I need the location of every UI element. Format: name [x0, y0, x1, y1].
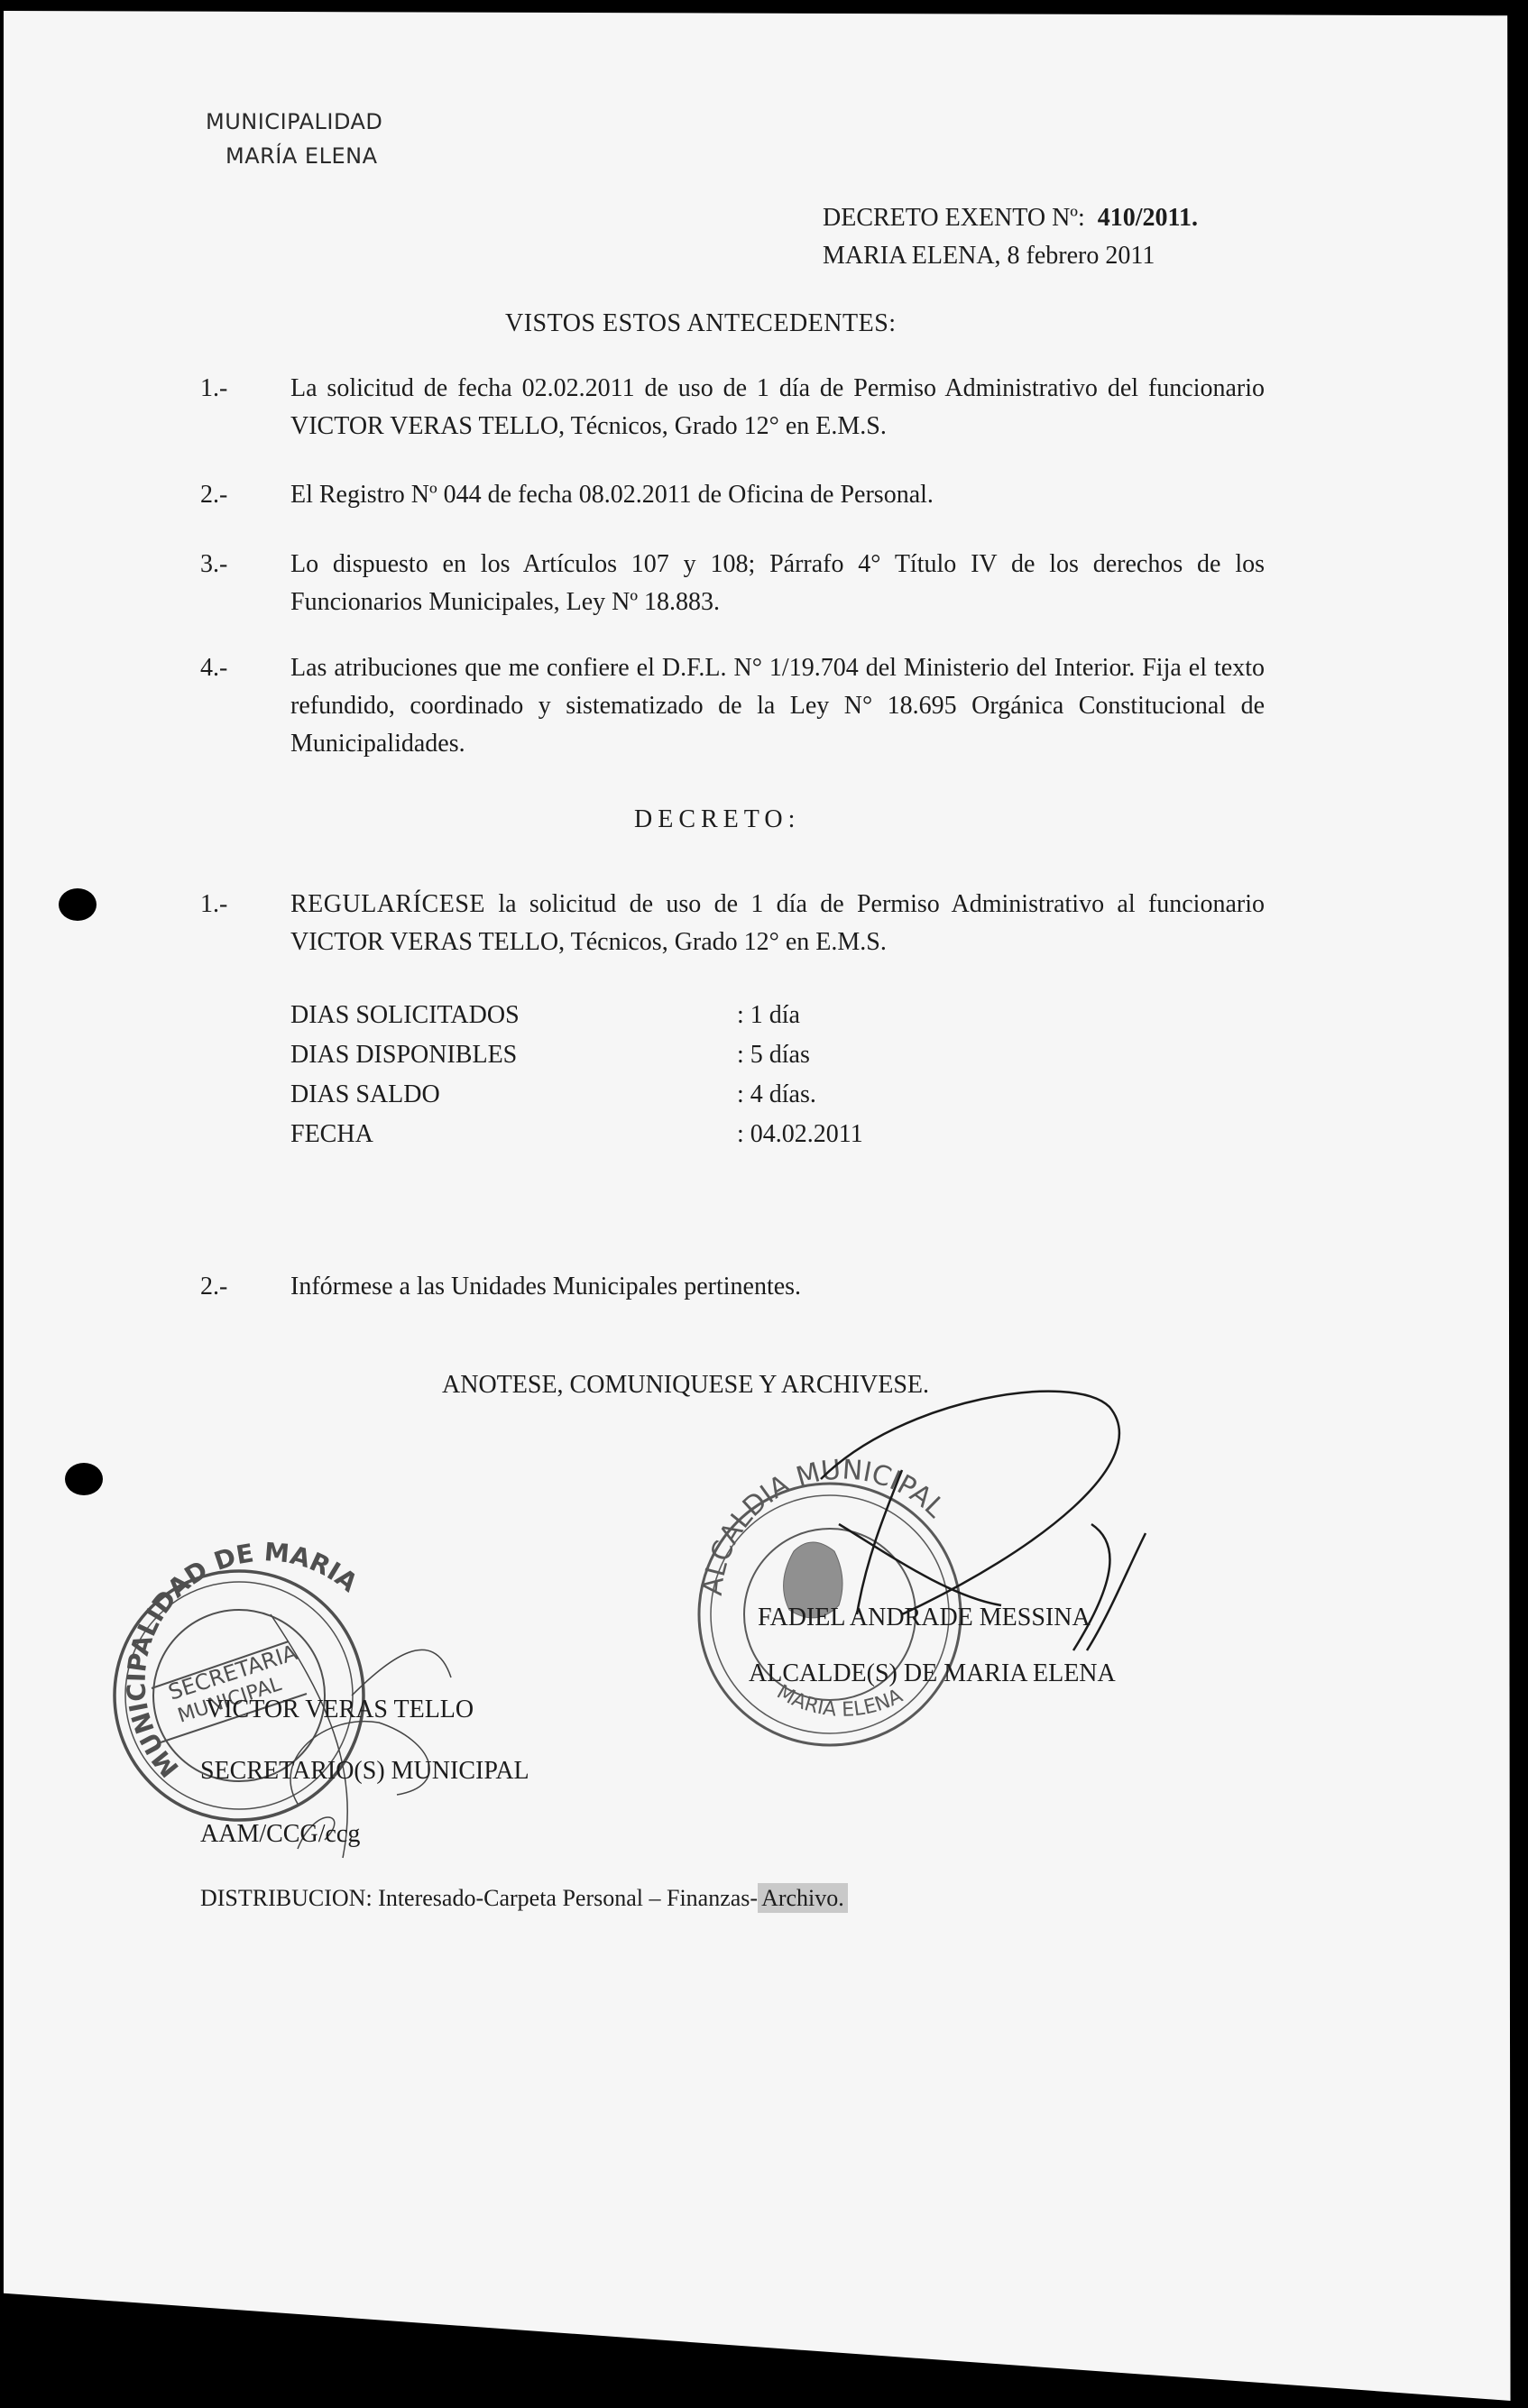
secretary-title: SECRETARIO(S) MUNICIPAL: [200, 1757, 529, 1786]
mayor-stamp: ALCALDIA MUNICIPAL MARIA ELENA: [697, 1454, 961, 1745]
svg-text:MUNICIPALIDAD DE MARIA ELENA: MUNICIPALIDAD DE MARIA ELENA: [0, 0, 372, 1783]
distribution-highlighted: Archivo.: [758, 1883, 848, 1913]
secretary-stamp: MUNICIPALIDAD DE MARIA ELENA SECRETARIA …: [0, 0, 372, 1820]
initials: AAM/CCG/ccg: [200, 1820, 360, 1849]
stamps-and-signatures: ALCALDIA MUNICIPAL MARIA ELENA MUNICIPAL…: [0, 0, 1528, 2408]
mayor-title: ALCALDE(S) DE MARIA ELENA: [749, 1659, 1116, 1688]
distribution-line: DISTRIBUCION: Interesado-Carpeta Persona…: [200, 1885, 848, 1912]
distribution-text: Interesado-Carpeta Personal – Finanzas-: [373, 1885, 758, 1911]
mayor-name: FADIEL ANDRADE MESSINA: [758, 1604, 1091, 1632]
distribution-label: DISTRIBUCION:: [200, 1885, 373, 1911]
secretary-name: VICTOR VERAS TELLO: [206, 1696, 474, 1724]
